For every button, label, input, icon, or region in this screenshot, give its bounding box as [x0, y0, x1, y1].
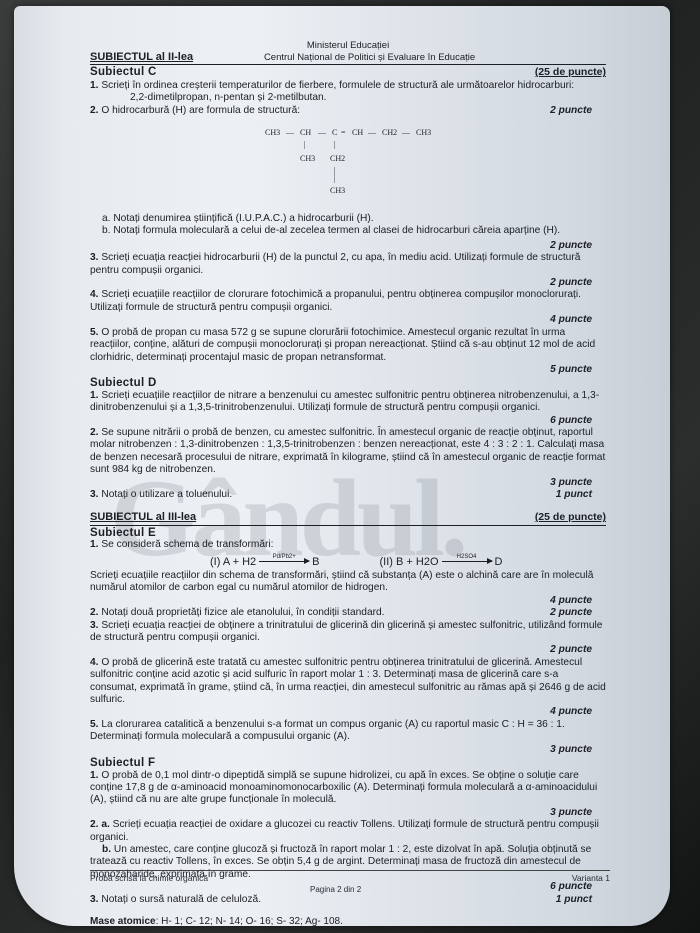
transformation-scheme: (I) A + H2Pd/Pb2+B (II) B + H2OH2SO4D [90, 556, 606, 568]
question-c1: 1. Scrieți în ordinea creșterii temperat… [90, 80, 606, 92]
points-d2: 3 puncte [90, 477, 606, 489]
page-footer: Probă scrisă la chimie organică Varianta… [90, 870, 610, 883]
section-d-title: Subiectul D [90, 377, 606, 389]
points-e4: 4 puncte [90, 706, 606, 718]
subject-2-title: SUBIECTUL al II-lea [90, 51, 193, 63]
question-c2b: b. Notați formula moleculară a celui de-… [90, 225, 606, 237]
question-e1-text: Scrieți ecuațiile reacțiilor din schema … [90, 570, 606, 595]
points-c3: 2 puncte [90, 277, 606, 289]
points-e1: 4 puncte [90, 595, 606, 607]
points-d3: 1 punct [556, 489, 606, 501]
question-c3: 3. Scrieți ecuația reacției hidrocarburi… [90, 252, 606, 277]
footer-exam-title: Probă scrisă la chimie organică [90, 873, 208, 883]
points-e3: 2 puncte [90, 644, 606, 656]
question-c1-compounds: 2,2-dimetilpropan, n-pentan și 2-metilbu… [90, 92, 606, 104]
points-c4: 4 puncte [90, 314, 606, 326]
footer-variant: Varianta 1 [572, 873, 610, 883]
center-header: Centrul Național de Politici și Evaluare… [264, 52, 475, 63]
question-e4: 4. O probă de glicerină este tratată cu … [90, 657, 606, 707]
points-e5: 3 puncte [90, 744, 606, 756]
points-e2: 2 puncte [550, 607, 606, 619]
question-c4: 4. Scrieți ecuațiile reacțiilor de cloru… [90, 289, 606, 314]
reaction-2: (II) B + H2OH2SO4D [380, 556, 503, 568]
points-c5: 5 puncte [90, 364, 606, 376]
ministry-header: Ministerul Educației [90, 40, 606, 51]
question-d2: 2. Se supune nitrării o probă de benzen,… [90, 427, 606, 477]
points-f1: 3 puncte [90, 807, 606, 819]
exam-content: Ministerul Educației SUBIECTUL al II-lea… [90, 40, 606, 928]
section-e-title: Subiectul E [90, 527, 606, 539]
question-c2a: a. Notați denumirea științifică (I.U.P.A… [90, 213, 606, 225]
atomic-masses: Mase atomice: H- 1; C- 12; N- 14; O- 16;… [90, 916, 606, 928]
question-e1: 1. Se consideră schema de transformări: [90, 539, 606, 551]
question-f2a: 2. a. Scrieți ecuația reacției de oxidar… [90, 819, 606, 844]
question-f3: 3. Notați o sursă naturală de celuloză. [90, 894, 261, 906]
question-c2: 2. O hidrocarbură (H) are formula de str… [90, 105, 300, 117]
question-f1: 1. O probă de 0,1 mol dintr-o dipeptidă … [90, 770, 606, 807]
structural-formula: CH3 — CH — C = CH — CH2 — CH3 | | CH3 CH… [90, 121, 606, 213]
question-e3: 3. Scrieți ecuația reacției de obținere … [90, 620, 606, 645]
subject-2-points: (25 de puncte) [535, 66, 606, 78]
section-f-title: Subiectul F [90, 757, 606, 769]
reaction-1: (I) A + H2Pd/Pb2+B [210, 556, 320, 568]
question-c5: 5. O probă de propan cu masa 572 g se su… [90, 327, 606, 364]
section-c-title: Subiectul C [90, 66, 157, 78]
subject-3-title: SUBIECTUL al III-lea [90, 511, 196, 523]
question-e2: 2. Notați două proprietăți fizice ale et… [90, 607, 385, 619]
points-d1: 6 puncte [90, 415, 606, 427]
question-d1: 1. Scrieți ecuațiile reacțiilor de nitra… [90, 390, 606, 415]
points-f3: 1 punct [556, 894, 606, 906]
points-c2: 2 puncte [90, 240, 606, 252]
subject-3-points: (25 de puncte) [535, 511, 606, 523]
subject-3-header: SUBIECTUL al III-lea (25 de puncte) [90, 511, 606, 525]
question-e5: 5. La clorurarea catalitică a benzenului… [90, 719, 606, 744]
subject-2-header: SUBIECTUL al II-lea Centrul Național de … [90, 51, 606, 65]
page-number: Pagina 2 din 2 [310, 885, 361, 894]
points-c1: 2 puncte [550, 105, 606, 117]
question-d3: 3. Notați o utilizare a toluenului. [90, 489, 232, 501]
